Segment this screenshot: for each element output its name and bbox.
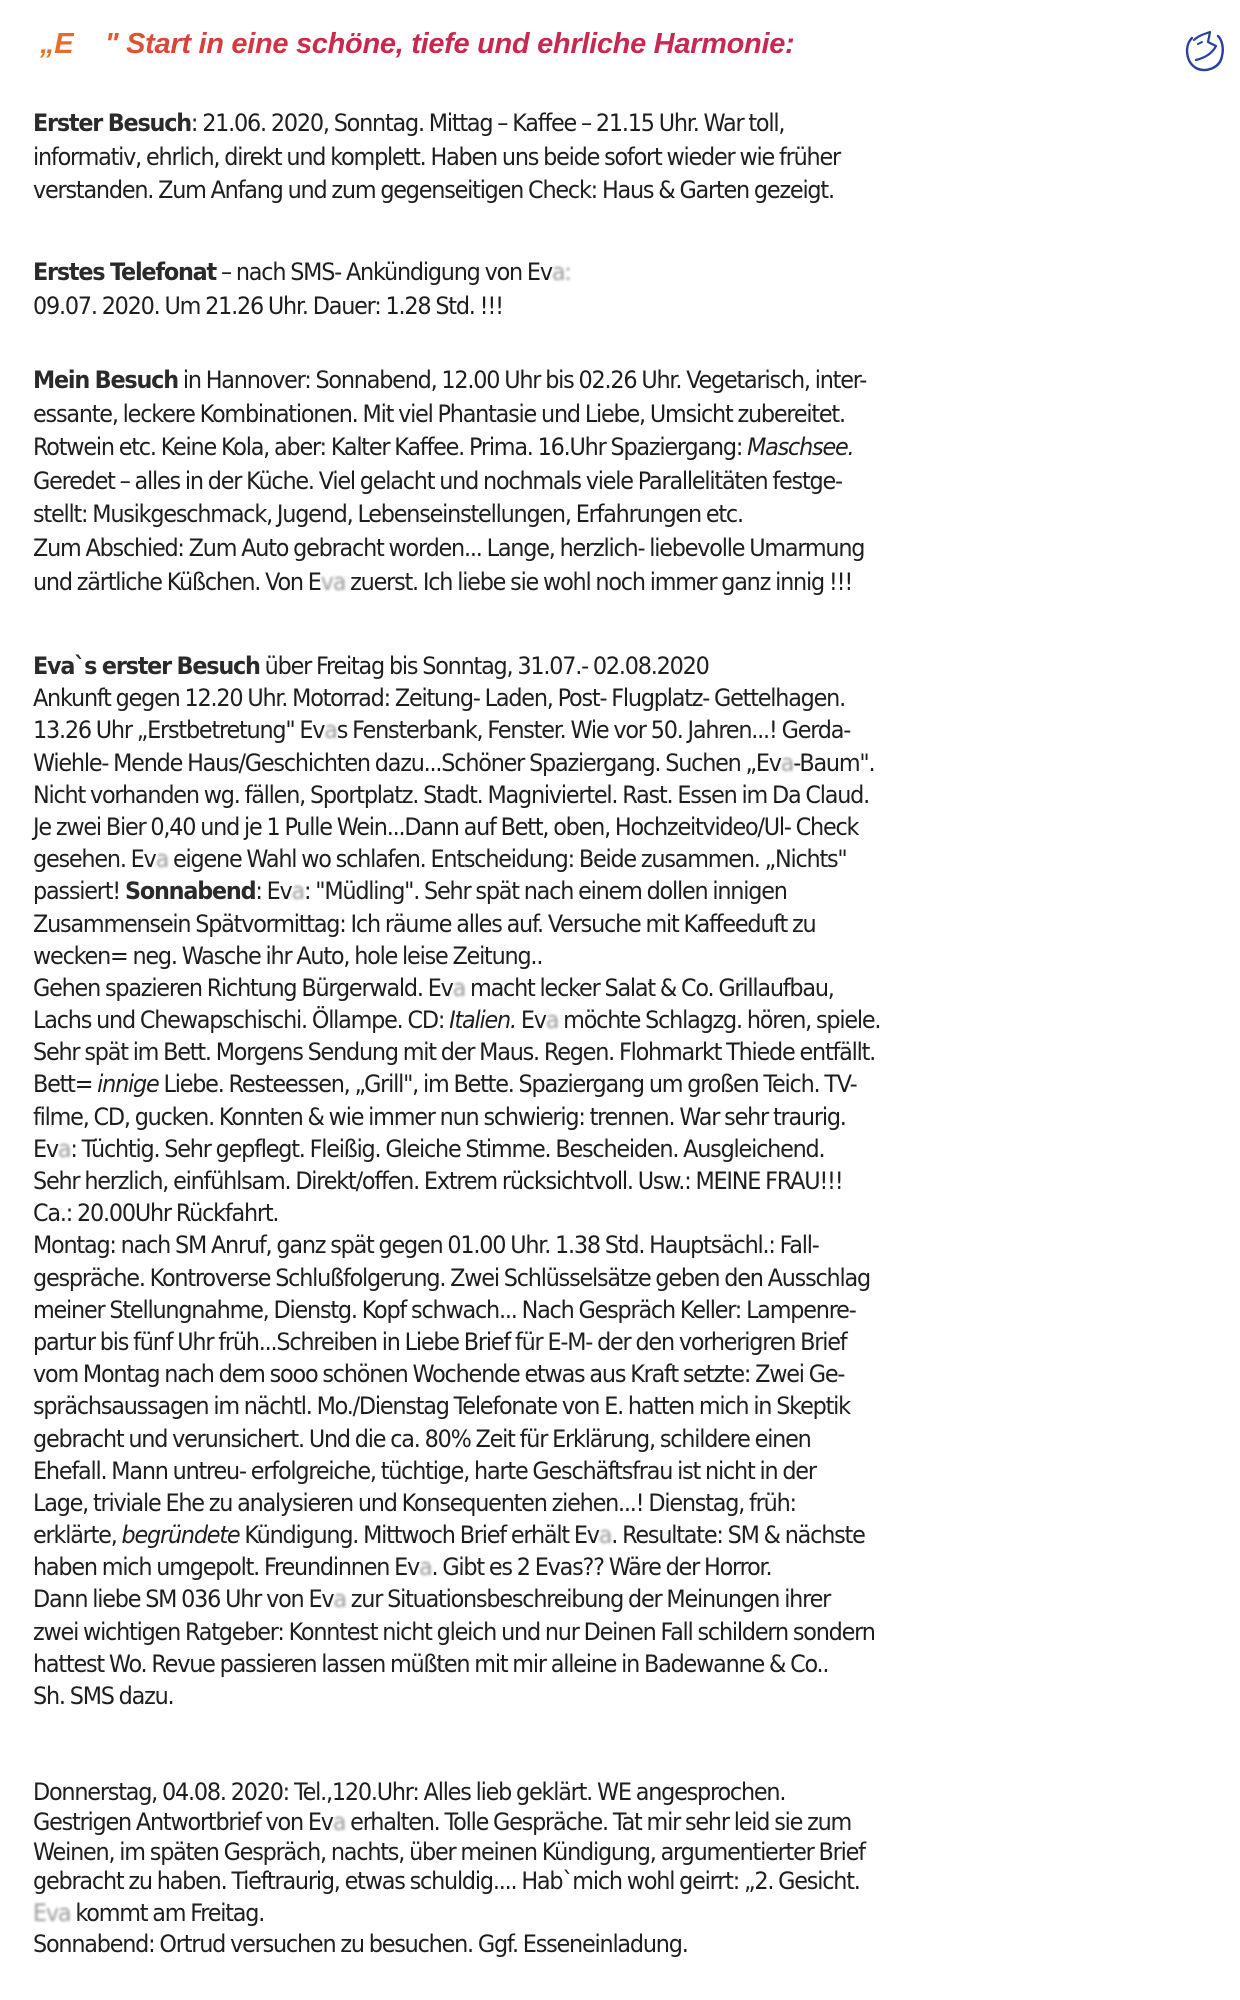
text-line: gesehen. Eva eigene Wahl wo schlafen. En… xyxy=(33,843,880,875)
redacted-name: Ev xyxy=(33,1897,58,1930)
text-line: Eva`s erster Besuch über Freitag bis Son… xyxy=(33,650,880,682)
text-line: Ehefall. Mann untreu- erfolgreiche, tüch… xyxy=(33,1455,880,1487)
section-heading: Mein Besuch xyxy=(33,366,178,394)
text-line: gesehen. Ev xyxy=(33,845,156,873)
redacted-name: a xyxy=(781,747,793,779)
text-line: sprächsaussagen im nächtl. Mo./Dienstag … xyxy=(33,1390,880,1422)
section-donnerstag: Donnerstag, 04.08. 2020: Tel.,120.Uhr: A… xyxy=(33,1778,865,1960)
redacted-name: a xyxy=(419,1551,431,1583)
text-line: Sonnabend: Ortrud versuchen zu besuchen.… xyxy=(33,1930,865,1960)
text-line: Wiehle- Mende Haus/Geschichten dazu...Sc… xyxy=(33,747,880,779)
text-line: Ev xyxy=(33,1135,58,1163)
text-line: Erstes Telefonat – nach SMS- Ankündigung… xyxy=(33,256,571,290)
signature-stamp-icon xyxy=(1182,28,1226,74)
text-line: Zusammensein Spätvormittag: Ich räume al… xyxy=(33,908,880,940)
text-line: . Gibt es 2 Evas?? Wäre der Horror. xyxy=(432,1553,772,1581)
text-line: möchte Schlagzg. hören, spiele. xyxy=(558,1006,880,1034)
redacted-name: a xyxy=(324,714,336,746)
redacted-name: a xyxy=(546,1004,558,1036)
text-line: Bett= innige Liebe. Resteessen, „Grill",… xyxy=(33,1068,880,1100)
text-line: gebracht und verunsichert. Und die ca. 8… xyxy=(33,1423,880,1455)
text-line: . Resultate: SM & nächste xyxy=(611,1521,864,1549)
text-line: wecken= neg. Wasche ihr Auto, hole leise… xyxy=(33,940,880,972)
text-line: s Fensterbank, Fenster. Wie vor 50. Jahr… xyxy=(337,716,850,744)
text-line: Lachs und Chewapschischi. Öllampe. CD: I… xyxy=(33,1004,880,1036)
text-line: innige xyxy=(97,1070,158,1098)
redacted-name: a: xyxy=(552,256,571,290)
text-line: Dann liebe SM 036 Uhr von Eva zur Situat… xyxy=(33,1583,880,1615)
text-line: über Freitag bis Sonntag, 31.07.- 02.08.… xyxy=(260,652,709,680)
text-line: partur bis fünf Uhr früh...Schreiben in … xyxy=(33,1326,880,1358)
text-line: erklärte, xyxy=(33,1521,122,1549)
text-line: informativ, ehrlich, direkt und komplett… xyxy=(33,141,840,175)
section-heading: Erstes Telefonat xyxy=(33,258,216,286)
text-line: 13.26 Uhr „Erstbetretung" Ev xyxy=(33,716,324,744)
redacted-name: a xyxy=(333,1808,345,1838)
text-line: Montag: nach SM Anruf, ganz spät gegen 0… xyxy=(33,1229,880,1261)
text-line: Eva kommt am Freitag. xyxy=(33,1897,865,1930)
text-line: Kündigung. Mittwoch Brief erhält Ev xyxy=(239,1521,598,1549)
text-line: haben mich umgepolt. Freundinnen Eva. Gi… xyxy=(33,1551,880,1583)
text-line: Gehen spazieren Richtung Bürgerwald. Eva… xyxy=(33,972,880,1004)
text-line: zur Situationsbeschreibung der Meinungen… xyxy=(346,1585,830,1613)
section-heading: Erster Besuch xyxy=(33,109,191,137)
section-heading: Eva`s erster Besuch xyxy=(33,652,260,680)
redacted-name: a xyxy=(599,1519,611,1551)
redacted-name: a xyxy=(333,1583,345,1615)
text-line: – nach SMS- Ankündigung von Ev xyxy=(216,258,552,286)
text-line: Lachs und Chewapschischi. Öllampe. CD: xyxy=(33,1006,449,1034)
text-line: hattest Wo. Revue passieren lassen müßte… xyxy=(33,1648,880,1680)
text-line: Nicht vorhanden wg. fällen, Sportplatz. … xyxy=(33,779,880,811)
redacted-name: a xyxy=(156,843,168,875)
text-line: begründete xyxy=(122,1521,240,1549)
text-line: Lage, triviale Ehe zu analysieren und Ko… xyxy=(33,1487,880,1519)
text-line: vom Montag nach dem sooo schönen Wochend… xyxy=(33,1358,880,1390)
text-line: kommt am Freitag. xyxy=(70,1899,264,1927)
text-line: macht lecker Salat & Co. Grillaufbau, xyxy=(465,974,834,1002)
text-line: 09.07. 2020. Um 21.26 Uhr. Dauer: 1.28 S… xyxy=(33,290,571,324)
text-line: passiert! xyxy=(33,877,125,905)
section-erster-besuch: Erster Besuch: 21.06. 2020, Sonntag. Mit… xyxy=(33,107,840,208)
text-line: Zum Abschied: Zum Auto gebracht worden..… xyxy=(33,532,866,566)
text-line: Erster Besuch: 21.06. 2020, Sonntag. Mit… xyxy=(33,107,840,141)
text-line: Sonnabend xyxy=(125,877,255,905)
section-erstes-telefonat: Erstes Telefonat – nach SMS- Ankündigung… xyxy=(33,256,571,323)
redacted-name: va xyxy=(73,28,105,60)
text-line: erhalten. Tolle Gespräche. Tat mir sehr … xyxy=(345,1808,851,1836)
document-title: „Eva" Start in eine schöne, tiefe und eh… xyxy=(40,28,794,61)
redacted-name: a xyxy=(292,875,304,907)
text-line: : "Müdling". Sehr spät nach einem dollen… xyxy=(304,877,787,905)
text-line: -Baum". xyxy=(793,749,874,777)
redacted-name: a xyxy=(58,1897,70,1930)
text-line: Eva: Tüchtig. Sehr gepflegt. Fleißig. Gl… xyxy=(33,1133,880,1165)
redacted-name: va xyxy=(321,566,345,600)
text-line: Maschsee. xyxy=(747,433,853,461)
text-line: Sh. SMS dazu. xyxy=(33,1680,880,1712)
text-line: Gestrigen Antwortbrief von Ev xyxy=(33,1808,333,1836)
section-mein-besuch: Mein Besuch in Hannover: Sonnabend, 12.0… xyxy=(33,364,866,599)
text-line: erklärte, begründete Kündigung. Mittwoch… xyxy=(33,1519,880,1551)
text-line: Italien. xyxy=(449,1006,516,1034)
text-line: Je zwei Bier 0,40 und je 1 Pulle Wein...… xyxy=(33,811,880,843)
text-line: Dann liebe SM 036 Uhr von Ev xyxy=(33,1585,333,1613)
text-line: und zärtliche Küßchen. Von E xyxy=(33,568,321,596)
text-line: Bett= xyxy=(33,1070,97,1098)
text-line: Donnerstag, 04.08. 2020: Tel.,120.Uhr: A… xyxy=(33,1778,865,1808)
text-line: gebracht zu haben. Tieftraurig, etwas sc… xyxy=(33,1867,865,1897)
text-line: verstanden. Zum Anfang und zum gegenseit… xyxy=(33,174,840,208)
text-line: essante, leckere Kombinationen. Mit viel… xyxy=(33,398,866,432)
text-line: Ev xyxy=(516,1006,546,1034)
text-line: Geredet – alles in der Küche. Viel gelac… xyxy=(33,465,866,499)
text-line: passiert! Sonnabend: Eva: "Müdling". Seh… xyxy=(33,875,880,907)
text-line: meiner Stellungnahme, Dienstg. Kopf schw… xyxy=(33,1294,880,1326)
text-line: Ca.: 20.00Uhr Rückfahrt. xyxy=(33,1197,880,1229)
text-line: Gestrigen Antwortbrief von Eva erhalten.… xyxy=(33,1808,865,1838)
text-line: Weinen, im späten Gespräch, nachts, über… xyxy=(33,1838,865,1868)
text-line: Sehr spät im Bett. Morgens Sendung mit d… xyxy=(33,1036,880,1068)
section-evas-erster-besuch: Eva`s erster Besuch über Freitag bis Son… xyxy=(33,650,880,1712)
redacted-name: a xyxy=(453,972,465,1004)
text-line: Liebe. Resteessen, „Grill", im Bette. Sp… xyxy=(159,1070,857,1098)
text-line: : Tüchtig. Sehr gepflegt. Fleißig. Gleic… xyxy=(70,1135,824,1163)
text-line: eigene Wahl wo schlafen. Entscheidung: B… xyxy=(168,845,846,873)
text-line: Sehr herzlich, einfühlsam. Direkt/offen.… xyxy=(33,1165,880,1197)
text-line: : 21.06. 2020, Sonntag. Mittag – Kaffee … xyxy=(191,109,784,137)
text-line: Rotwein etc. Keine Kola, aber: Kalter Ka… xyxy=(33,433,747,461)
text-line: stellt: Musikgeschmack, Jugend, Lebensei… xyxy=(33,498,866,532)
text-line: filme, CD, gucken. Konnten & wie immer n… xyxy=(33,1101,880,1133)
text-line: zuerst. Ich liebe sie wohl noch immer ga… xyxy=(345,568,852,596)
text-line: zwei wichtigen Ratgeber: Konntest nicht … xyxy=(33,1616,880,1648)
text-line: gespräche. Kontroverse Schlußfolgerung. … xyxy=(33,1262,880,1294)
text-line: haben mich umgepolt. Freundinnen Ev xyxy=(33,1553,419,1581)
redacted-name: a xyxy=(58,1133,70,1165)
text-line: Rotwein etc. Keine Kola, aber: Kalter Ka… xyxy=(33,431,866,465)
text-line: und zärtliche Küßchen. Von Eva zuerst. I… xyxy=(33,566,866,600)
text-line: Mein Besuch in Hannover: Sonnabend, 12.0… xyxy=(33,364,866,398)
text-line: Gehen spazieren Richtung Bürgerwald. Ev xyxy=(33,974,453,1002)
text-line: 13.26 Uhr „Erstbetretung" Evas Fensterba… xyxy=(33,714,880,746)
text-line: : Ev xyxy=(255,877,291,905)
text-line: Ankunft gegen 12.20 Uhr. Motorrad: Zeitu… xyxy=(33,682,880,714)
text-line: Wiehle- Mende Haus/Geschichten dazu...Sc… xyxy=(33,749,781,777)
text-line: in Hannover: Sonnabend, 12.00 Uhr bis 02… xyxy=(178,366,866,394)
